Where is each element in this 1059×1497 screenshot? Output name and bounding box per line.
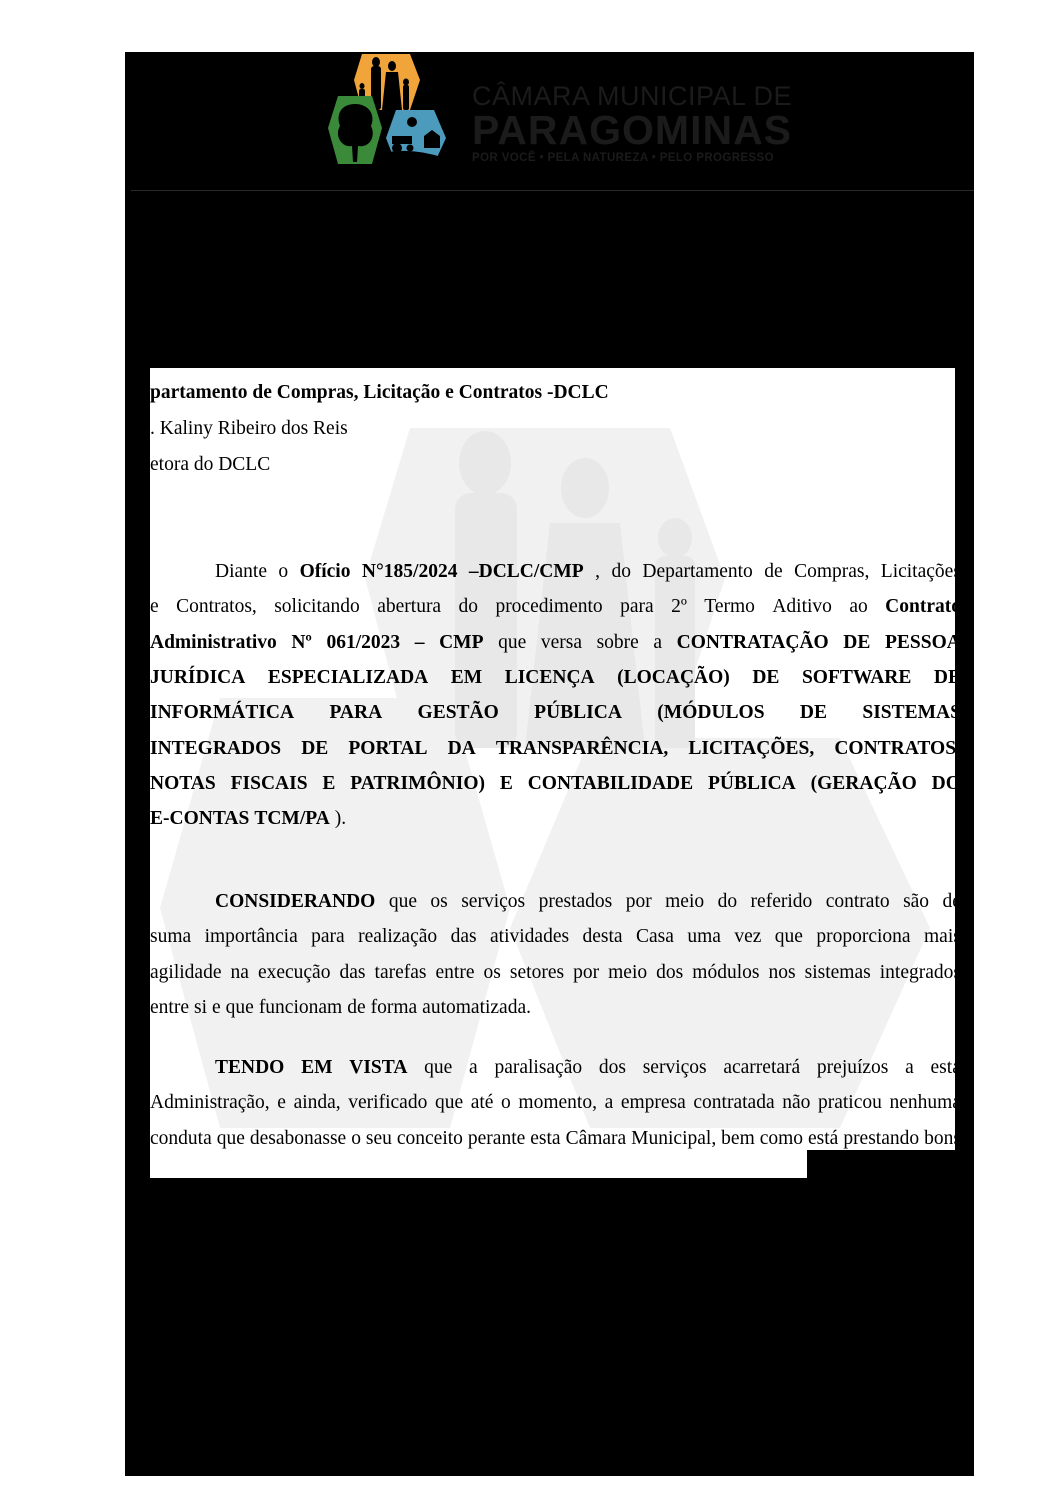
logo-slogan: POR VOCÊ • PELA NATUREZA • PELO PROGRESS… <box>472 150 792 166</box>
paragraph-1-line: JURÍDICAESPECIALIZADAEMLICENÇA(LOCAÇÃO)D… <box>150 666 955 690</box>
paragraph-2-line: CONSIDERANDOqueosserviçosprestadospormei… <box>215 890 955 914</box>
paragraph-1-line: INTEGRADOSDEPORTALDATRANSPARÊNCIA,LICITA… <box>150 737 955 761</box>
letterhead-logo: CÂMARA MUNICIPAL DE PARAGOMINAS POR VOCÊ… <box>326 52 786 170</box>
addressee-name: . Kaliny Ribeiro dos Reis <box>150 417 348 441</box>
document-body: partamento de Compras, Licitação e Contr… <box>150 368 955 1150</box>
paragraph-1-line: INFORMÁTICAPARAGESTÃOPÚBLICA(MÓDULOSDESI… <box>150 701 955 725</box>
paragraph-1-line: DianteoOfícioN°185/2024–DCLC/CMP,doDepar… <box>215 560 955 584</box>
header-divider <box>131 190 974 191</box>
camara-paragominas-emblem-icon <box>326 52 448 170</box>
paragraph-1-line: NOTASFISCAISEPATRIMÔNIO)ECONTABILIDADEPÚ… <box>150 772 955 796</box>
paragraph-3-line: condutaquedesabonasseoseuconceitoperante… <box>150 1127 955 1150</box>
paragraph-3-line: Administração,eainda,verificadoqueatéomo… <box>150 1091 955 1115</box>
paragraph-1-line: eContratos,solicitandoaberturadoprocedim… <box>150 595 955 619</box>
paragraph-2-line: sumaimportânciapararealizaçãodasatividad… <box>150 925 955 949</box>
paragraph-3-line: TENDOEMVISTAqueaparalisaçãodosserviçosac… <box>215 1056 955 1080</box>
paragraph-2-line: agilidadenaexecuçãodastarefasentreosseto… <box>150 961 955 985</box>
logo-title-line: CÂMARA MUNICIPAL DE <box>472 82 792 110</box>
logo-city-name: PARAGOMINAS <box>472 110 792 150</box>
addressee-department: partamento de Compras, Licitação e Contr… <box>150 381 609 405</box>
paragraph-1-line: E-CONTASTCM/PA). <box>150 807 955 831</box>
document-body-tail <box>150 1150 807 1178</box>
letterhead-logo-text: CÂMARA MUNICIPAL DE PARAGOMINAS POR VOCÊ… <box>472 82 792 166</box>
addressee-role: etora do DCLC <box>150 453 270 477</box>
paragraph-2-line: entresiequefuncionamdeformaautomatizada. <box>150 996 955 1020</box>
paragraph-1-line: AdministrativoNº061/2023–CMPqueversasobr… <box>150 631 955 655</box>
